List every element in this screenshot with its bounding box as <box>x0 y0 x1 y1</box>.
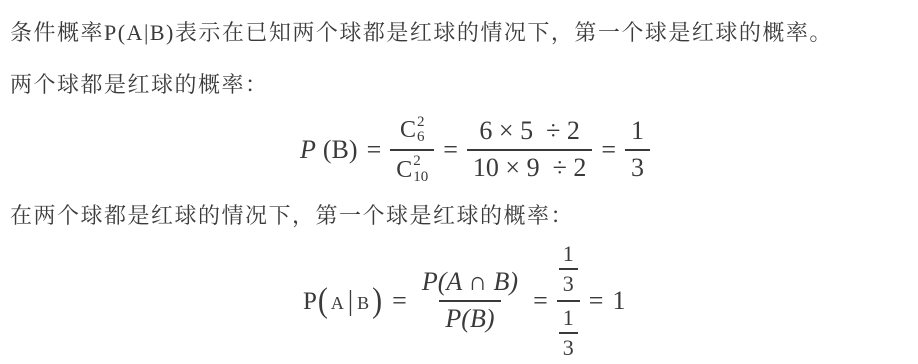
math-p-symbol: P <box>300 137 316 163</box>
fraction-one-third: 1 3 <box>625 117 650 182</box>
fraction-one-third: 1 3 <box>559 242 578 296</box>
paragraph-conditional-probability-intro: 条件概率P(A|B)表示在已知两个球都是红球的情况下，第一个球是红球的概率。 <box>10 16 833 47</box>
math-p-symbol: P <box>303 289 317 314</box>
equals-sign: = <box>587 288 606 314</box>
denominator: P(B) <box>439 300 500 334</box>
open-paren: ( <box>317 284 329 319</box>
math-a-symbol: A <box>329 294 346 312</box>
combination-c6-2: C 2 6 <box>394 115 431 150</box>
math-b-symbol: B <box>355 294 371 312</box>
denominator: 10 × 9 ÷ 2 <box>467 149 592 183</box>
numerator: 1 <box>559 306 578 332</box>
numerator: 6 × 5 ÷ 2 <box>473 117 585 149</box>
superscript: 2 <box>417 115 425 131</box>
paragraph-given-both-red-label: 在两个球都是红球的情况下，第一个球是红球的概率： <box>10 199 574 230</box>
formula-p-of-b: P (B) = C 2 6 C 2 10 = 6 × 5 ÷ 2 10 × 9 <box>300 104 650 196</box>
fraction-intersection: P(A ∩ B) P(B) <box>416 268 524 333</box>
equals-sign: = <box>441 137 460 163</box>
numerator: 1 <box>559 242 578 268</box>
result-value: 1 <box>612 288 625 314</box>
equals-sign: = <box>531 288 550 314</box>
math-c-symbol: C <box>400 117 416 143</box>
numerator: P(A ∩ B) <box>416 268 524 300</box>
conditional-bar: | <box>346 287 355 316</box>
superscript-subscript-stack: 2 6 <box>417 115 425 147</box>
fraction-nested-thirds: 1 3 1 3 <box>557 242 580 361</box>
subscript: 10 <box>413 170 428 186</box>
equals-sign: = <box>365 137 384 163</box>
numerator: 1 3 <box>557 242 580 300</box>
numerator: 1 <box>625 117 650 149</box>
denominator: 3 <box>559 268 578 296</box>
fraction-one-third: 1 3 <box>559 306 578 360</box>
denominator: 3 <box>559 332 578 360</box>
document-page: 条件概率P(A|B)表示在已知两个球都是红球的情况下，第一个球是红球的概率。 两… <box>0 0 918 364</box>
math-p-a-given-b: P ( A | B ) <box>303 286 383 316</box>
subscript: 6 <box>417 130 425 146</box>
paragraph-both-red-probability-label: 两个球都是红球的概率： <box>10 68 269 99</box>
superscript: 2 <box>413 154 421 170</box>
math-argument-b: (B) <box>323 137 358 163</box>
math-c-symbol: C <box>396 157 412 183</box>
close-paren: ) <box>371 284 383 319</box>
equals-sign: = <box>599 137 618 163</box>
equals-sign: = <box>390 288 409 314</box>
formula-p-of-a-given-b: P ( A | B ) = P(A ∩ B) P(B) = 1 3 1 3 <box>303 240 625 362</box>
fraction-combinations: C 2 6 C 2 10 <box>390 115 434 186</box>
fraction-products: 6 × 5 ÷ 2 10 × 9 ÷ 2 <box>467 117 592 182</box>
superscript-subscript-stack: 2 10 <box>413 154 428 186</box>
denominator: 1 3 <box>557 300 580 360</box>
combination-c10-2: C 2 10 <box>390 149 434 186</box>
denominator: 3 <box>625 149 650 183</box>
